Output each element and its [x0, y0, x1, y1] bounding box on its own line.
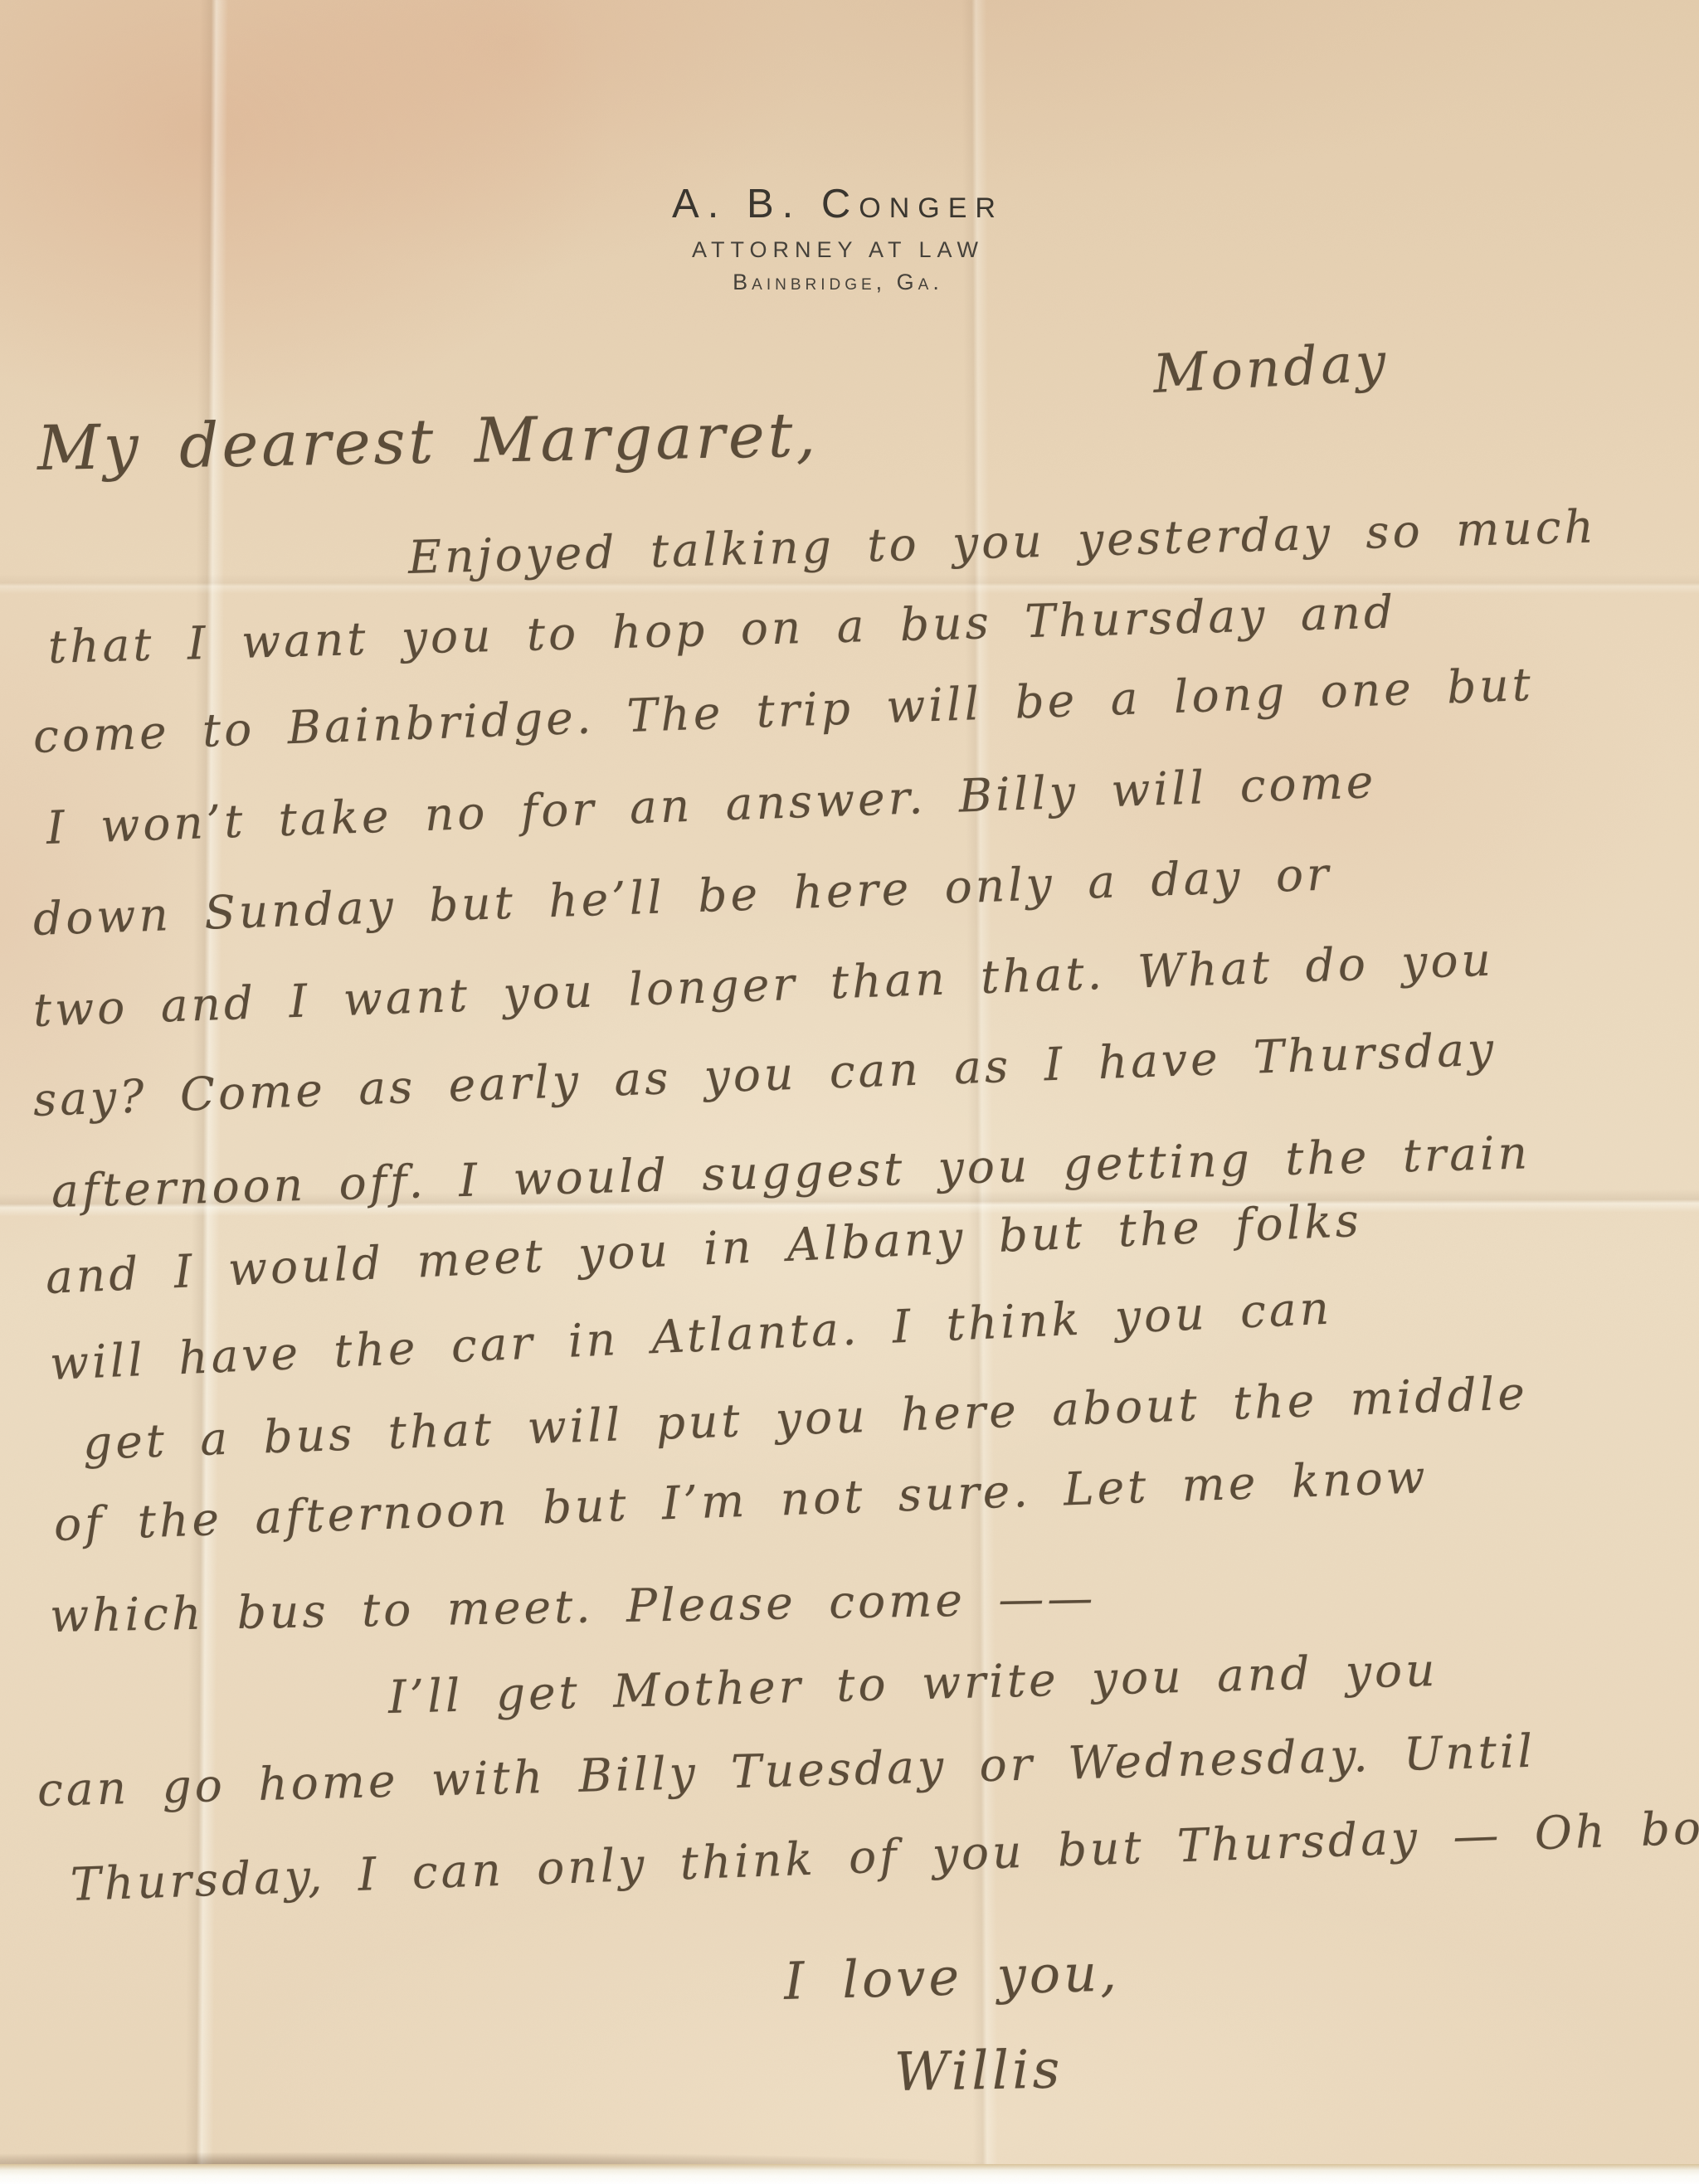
letter-closing: I love you, — [783, 1942, 1121, 2011]
letter-page: A. B. Conger Attorney at Law Bainbridge,… — [0, 0, 1699, 2184]
letter-line: two and I want you longer than that. Wha… — [32, 933, 1495, 1037]
letter-line: will have the car in Atlanta. I think yo… — [49, 1282, 1334, 1390]
letter-line: come to Bainbridge. The trip will be a l… — [32, 658, 1535, 763]
letterhead-city: Bainbridge, Ga. — [0, 270, 1676, 295]
letter-signature: Willis — [893, 2039, 1064, 2104]
letter-date: Monday — [1151, 332, 1390, 406]
letter-salutation: My dearest Margaret, — [37, 400, 819, 484]
letter-line: Thursday, I can only think of you but Th… — [70, 1798, 1699, 1911]
letterhead: A. B. Conger Attorney at Law Bainbridge,… — [0, 181, 1676, 295]
fold-crease-horizontal-upper — [0, 574, 1699, 594]
letterhead-title: Attorney at Law — [0, 237, 1676, 263]
letter-line: of the afternoon but I’m not sure. Let m… — [53, 1450, 1429, 1551]
letter-line: can go home with Billy Tuesday or Wednes… — [37, 1724, 1536, 1817]
letter-line: which bus to meet. Please come —— — [49, 1571, 1096, 1642]
letter-line: say? Come as early as you can as I have … — [32, 1022, 1497, 1126]
letter-line: Enjoyed talking to you yesterday so much — [407, 499, 1597, 583]
letter-line: I’ll get Mother to write you and you — [387, 1643, 1439, 1724]
letter-line: down Sunday but he’ll be here only a day… — [32, 847, 1332, 946]
scan-edge-bottom — [0, 2164, 1699, 2184]
letter-line: that I want you to hop on a bus Thursday… — [47, 585, 1397, 674]
letterhead-name: A. B. Conger — [0, 181, 1676, 227]
letter-line: I won’t take no for an answer. Billy wil… — [46, 755, 1377, 854]
